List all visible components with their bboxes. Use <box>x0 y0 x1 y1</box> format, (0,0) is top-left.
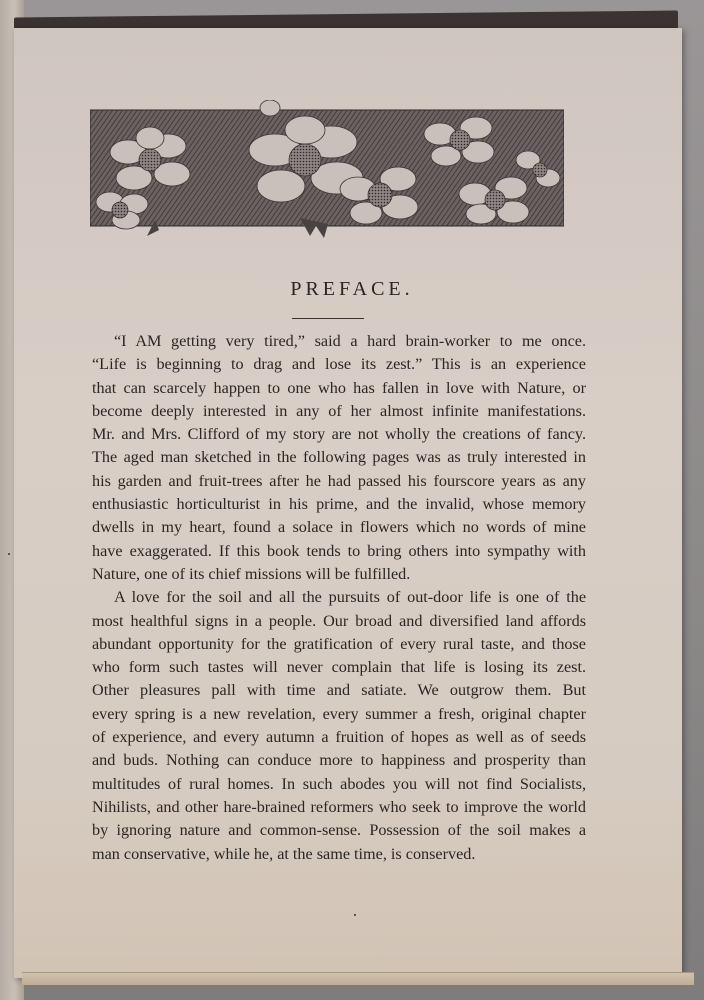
text-line: “I AM getting very tired,” said a hard b… <box>92 330 586 353</box>
text-line: most healthful signs in a people. Our br… <box>92 610 586 633</box>
paper-speck <box>8 553 10 555</box>
text-line: every spring is a new revelation, every … <box>92 703 586 726</box>
text-line: abundant opportunity for the gratificati… <box>92 633 586 656</box>
text-line: his garden and fruit-trees after he had … <box>92 470 586 493</box>
text-line: “Life is beginning to drag and lose its … <box>92 353 586 376</box>
page-bottom-edge <box>22 972 694 985</box>
text-line: Other pleasures pall with time and satia… <box>92 679 586 702</box>
text-line: enthusiastic horticulturist in his prime… <box>92 493 586 516</box>
text-line: have exaggerated. If this book tends to … <box>92 540 586 563</box>
text-line: of experience, and every autumn a fruiti… <box>92 726 586 749</box>
text-line: multitudes of rural homes. In such abode… <box>92 773 586 796</box>
text-line: by ignoring nature and common-sense. Pos… <box>92 819 586 842</box>
text-line: The aged man sketched in the following p… <box>92 446 586 469</box>
text-line: Mr. and Mrs. Clifford of my story are no… <box>92 423 586 446</box>
paper-speck <box>354 914 356 916</box>
text-line: Nihilists, and other hare-brained reform… <box>92 796 586 819</box>
paragraph-1: “I AM getting very tired,” said a hard b… <box>92 330 586 586</box>
text-line: dwells in my heart, found a solace in fl… <box>92 516 586 539</box>
title-rule-divider <box>292 318 364 319</box>
text-line: Nature, one of its chief missions will b… <box>92 563 586 586</box>
flower-illustration-icon <box>90 100 564 240</box>
text-line: man conservative, while he, at the same … <box>92 843 586 866</box>
text-line: become deeply interested in any of her a… <box>92 400 586 423</box>
text-line: that can scarcely happen to one who has … <box>92 377 586 400</box>
text-line: who form such tastes will never complain… <box>92 656 586 679</box>
text-line: and buds. Nothing can conduce more to ha… <box>92 749 586 772</box>
preface-body: “I AM getting very tired,” said a hard b… <box>92 330 586 866</box>
paragraph-2: A love for the soil and all the pursuits… <box>92 586 586 866</box>
text-line: A love for the soil and all the pursuits… <box>92 586 586 609</box>
page-title: PREFACE. <box>0 278 704 301</box>
floral-engraving-header <box>90 100 564 240</box>
